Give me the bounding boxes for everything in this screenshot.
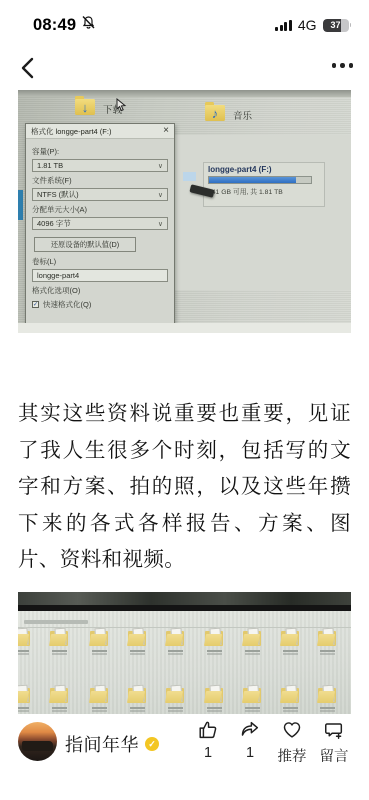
folder-icon bbox=[243, 628, 263, 655]
filesystem-dropdown: NTFS (默认) ∨ bbox=[32, 188, 168, 201]
photo-bottom-light bbox=[18, 323, 351, 333]
dropdown-arrow-icon: ∨ bbox=[158, 191, 163, 199]
footer-bar: 指间年华 ✓ 1 1 推荐 留言 bbox=[0, 714, 369, 800]
format-dialog-title: 格式化 longge-part4 (F:) bbox=[31, 126, 111, 137]
folder-icon bbox=[318, 628, 338, 655]
more-options-icon[interactable] bbox=[332, 63, 354, 68]
folder-icon bbox=[281, 685, 301, 712]
volume-label: 卷标(L) bbox=[32, 256, 168, 267]
drive-name: longge-part4 (F:) bbox=[208, 165, 320, 174]
folder-icon bbox=[50, 685, 70, 712]
allocation-unit-label: 分配单元大小(A) bbox=[32, 204, 168, 215]
dropdown-arrow-icon: ∨ bbox=[158, 162, 163, 170]
share-button[interactable]: 1 bbox=[229, 719, 271, 766]
music-folder-icon: ♪ bbox=[205, 105, 225, 121]
mouse-cursor-icon bbox=[116, 98, 127, 117]
article-image-folder-screen[interactable] bbox=[18, 592, 351, 714]
article-image-format-dialog[interactable]: ↓ 下载 ♪ 音乐 格式化 longge-part4 (F:) × 容量(P):… bbox=[18, 90, 351, 333]
allocation-unit-dropdown: 4096 字节 ∨ bbox=[32, 217, 168, 230]
desktop-icon-downloads: ↓ 下载 bbox=[75, 99, 122, 116]
folder-icon bbox=[18, 685, 32, 712]
clock: 08:49 bbox=[33, 16, 76, 35]
folder-icon bbox=[166, 628, 186, 655]
network-type: 4G bbox=[298, 17, 317, 33]
capacity-label: 容量(P): bbox=[32, 146, 168, 157]
window-edge-fragment bbox=[18, 190, 23, 220]
drive-capacity-bar bbox=[208, 176, 312, 184]
heart-icon bbox=[281, 719, 303, 741]
close-icon: × bbox=[163, 126, 169, 136]
folder-icon bbox=[90, 628, 110, 655]
article-paragraph: 其实这些资料说重要也重要，见证了我人生很多个时刻，包括写的文字和方案、拍的照，以… bbox=[18, 396, 351, 579]
checkbox-checked-icon: ✓ bbox=[32, 301, 39, 308]
download-folder-icon: ↓ bbox=[75, 99, 95, 115]
avatar[interactable] bbox=[18, 722, 57, 761]
quick-format-option: ✓ 快速格式化(Q) bbox=[32, 299, 168, 310]
signal-strength-icon bbox=[275, 20, 292, 31]
comment-plus-icon bbox=[323, 719, 345, 741]
ceiling-strip bbox=[18, 592, 351, 605]
author-name[interactable]: 指间年华 bbox=[65, 731, 139, 757]
folder-icon bbox=[166, 685, 186, 712]
desktop-icon-music: ♪ 音乐 bbox=[205, 105, 252, 122]
folder-icon bbox=[18, 628, 32, 655]
folder-icon bbox=[50, 628, 70, 655]
folder-icon bbox=[205, 685, 225, 712]
back-icon[interactable] bbox=[14, 53, 44, 83]
folder-icon bbox=[318, 685, 338, 712]
desktop-icon-label: 音乐 bbox=[233, 108, 252, 122]
drive-usage-text: 641 GB 可用, 共 1.81 TB bbox=[208, 186, 320, 196]
recommend-button[interactable]: 推荐 bbox=[271, 719, 313, 766]
selection-fragment bbox=[183, 172, 196, 181]
nav-bar bbox=[0, 44, 369, 90]
photo-shade bbox=[18, 90, 351, 97]
like-count: 1 bbox=[204, 745, 212, 761]
format-dialog: 格式化 longge-part4 (F:) × 容量(P): 1.81 TB ∨… bbox=[25, 123, 175, 328]
folder-icon bbox=[243, 685, 263, 712]
capacity-dropdown: 1.81 TB ∨ bbox=[32, 159, 168, 172]
explorer-window-area bbox=[175, 135, 351, 290]
comment-label: 留言 bbox=[320, 745, 349, 766]
thumbs-up-icon bbox=[197, 719, 219, 741]
folder-grid bbox=[18, 611, 351, 714]
dropdown-arrow-icon: ∨ bbox=[158, 220, 163, 228]
filesystem-label: 文件系统(F) bbox=[32, 175, 168, 186]
verified-badge-icon: ✓ bbox=[145, 737, 159, 751]
like-button[interactable]: 1 bbox=[187, 719, 229, 766]
folder-icon bbox=[90, 685, 110, 712]
recommend-label: 推荐 bbox=[278, 745, 307, 766]
folder-icon bbox=[128, 628, 148, 655]
share-arrow-icon bbox=[239, 719, 261, 741]
comment-button[interactable]: 留言 bbox=[313, 719, 355, 766]
folder-icon bbox=[128, 685, 148, 712]
status-bar: 08:49 4G 37 bbox=[0, 0, 369, 44]
battery-percent: 37 bbox=[323, 19, 349, 32]
folder-icon bbox=[205, 628, 225, 655]
format-options-label: 格式化选项(O) bbox=[32, 285, 168, 296]
battery-icon: 37 bbox=[323, 19, 352, 32]
share-count: 1 bbox=[246, 745, 254, 761]
restore-defaults-button: 还原设备的默认值(D) bbox=[34, 237, 136, 252]
volume-name-input: longge-part4 bbox=[32, 269, 168, 282]
quick-format-label: 快速格式化(Q) bbox=[43, 299, 91, 310]
drive-panel: longge-part4 (F:) 641 GB 可用, 共 1.81 TB bbox=[204, 163, 324, 206]
monitor-screen bbox=[18, 611, 351, 714]
mute-bell-icon bbox=[81, 15, 96, 35]
folder-icon bbox=[281, 628, 301, 655]
